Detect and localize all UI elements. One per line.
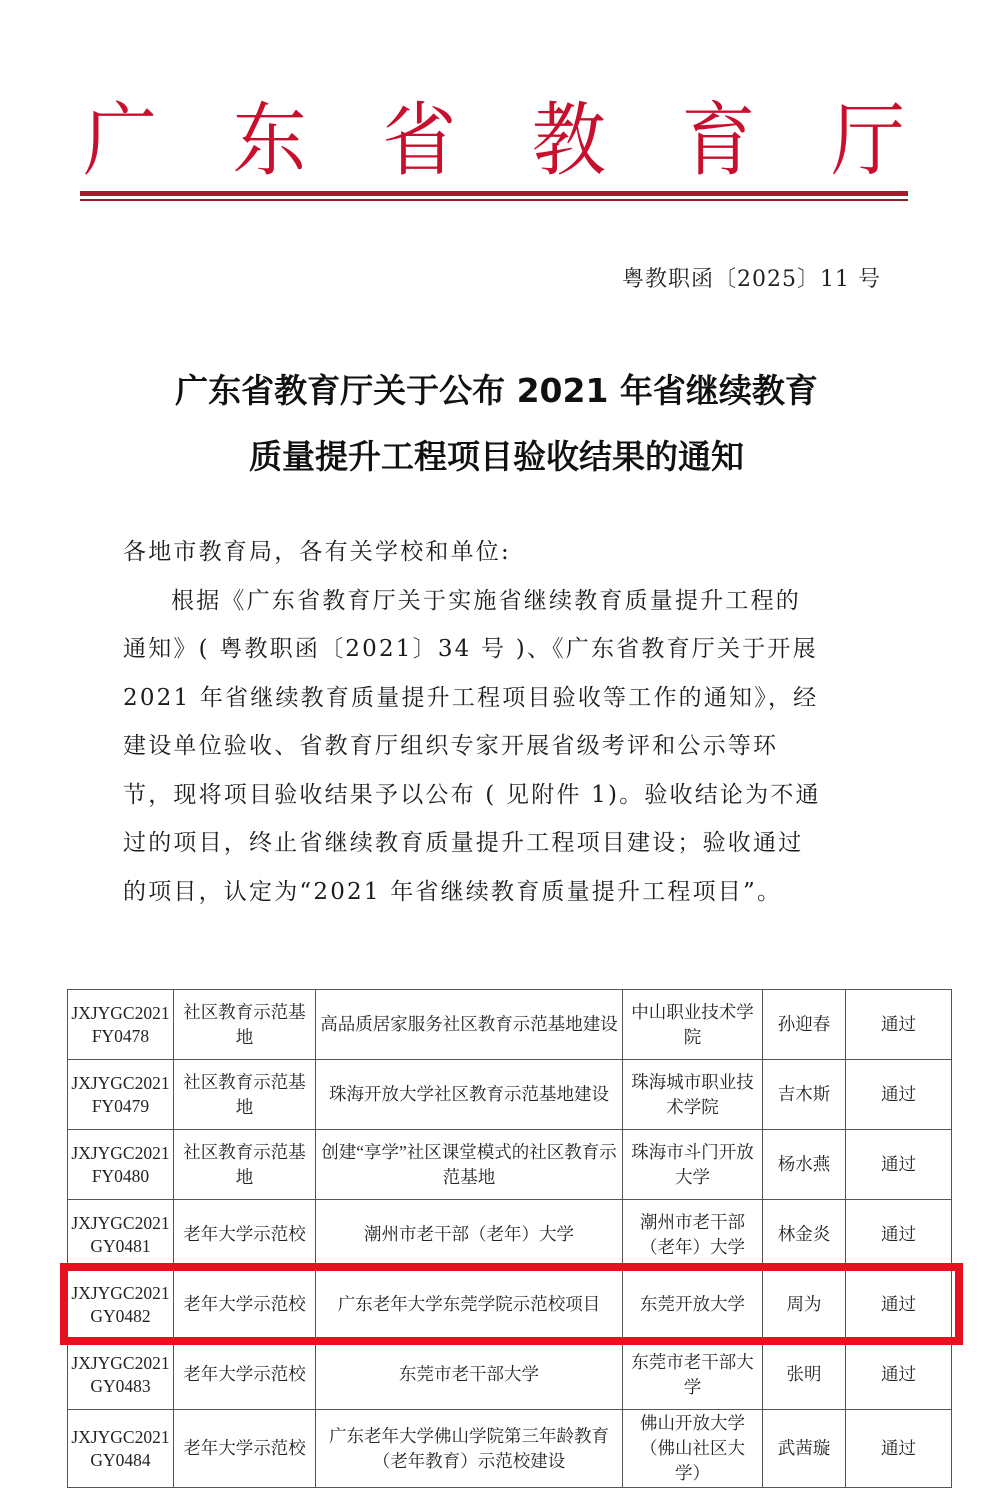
table-row: JXJYGC2021FY0480 社区教育示范基地 创建“享学”社区课堂模式的社… bbox=[68, 1130, 952, 1200]
project-name: 潮州市老干部（老年）大学 bbox=[316, 1200, 623, 1270]
project-unit: 潮州市老干部（老年）大学 bbox=[623, 1200, 763, 1270]
paragraph-line: 的项目，认定为“2021 年省继续教育质量提升工程项目”。 bbox=[123, 868, 883, 917]
project-code: JXJYGC2021GY0483 bbox=[68, 1340, 174, 1410]
project-category: 社区教育示范基地 bbox=[174, 1130, 316, 1200]
masthead-char: 厅 bbox=[828, 92, 908, 189]
project-leader: 吉木斯 bbox=[763, 1060, 846, 1130]
acceptance-result: 通过 bbox=[846, 1270, 952, 1340]
project-unit: 珠海市斗门开放大学 bbox=[623, 1130, 763, 1200]
project-name: 高品质居家服务社区教育示范基地建设 bbox=[316, 990, 623, 1060]
project-leader: 张明 bbox=[763, 1340, 846, 1410]
project-leader: 林金炎 bbox=[763, 1200, 846, 1270]
table-row: JXJYGC2021GY0484 老年大学示范校 广东老年大学佛山学院第三年龄教… bbox=[68, 1410, 952, 1488]
acceptance-result: 通过 bbox=[846, 1340, 952, 1410]
project-leader: 武茜璇 bbox=[763, 1410, 846, 1488]
paragraph-line: 建设单位验收、省教育厅组织专家开展省级考评和公示等环 bbox=[123, 722, 883, 771]
masthead-title: 广 东 省 教 育 厅 bbox=[80, 96, 908, 186]
project-category: 老年大学示范校 bbox=[174, 1270, 316, 1340]
project-name: 广东老年大学佛山学院第三年龄教育（老年教育）示范校建设 bbox=[316, 1410, 623, 1488]
paragraph-line: 节，现将项目验收结果予以公布 ( 见附件 1)。验收结论为不通 bbox=[123, 771, 883, 820]
table-row: JXJYGC2021GY0483 老年大学示范校 东莞市老干部大学 东莞市老干部… bbox=[68, 1340, 952, 1410]
paragraph-line: 根据《广东省教育厅关于实施省继续教育质量提升工程的 bbox=[123, 577, 883, 626]
paragraph-line: 2021 年省继续教育质量提升工程项目验收等工作的通知》，经 bbox=[123, 674, 883, 723]
acceptance-result: 通过 bbox=[846, 1130, 952, 1200]
project-code: JXJYGC2021FY0478 bbox=[68, 990, 174, 1060]
project-code: JXJYGC2021GY0482 bbox=[68, 1270, 174, 1340]
project-category: 老年大学示范校 bbox=[174, 1410, 316, 1488]
document-body: 各地市教育局，各有关学校和单位: 根据《广东省教育厅关于实施省继续教育质量提升工… bbox=[123, 528, 883, 916]
acceptance-result: 通过 bbox=[846, 1200, 952, 1270]
project-unit: 东莞市老干部大学 bbox=[623, 1340, 763, 1410]
document-title: 广东省教育厅关于公布 2021 年省继续教育 质量提升工程项目验收结果的通知 bbox=[0, 358, 993, 490]
project-category: 老年大学示范校 bbox=[174, 1200, 316, 1270]
project-unit: 中山职业技术学院 bbox=[623, 990, 763, 1060]
table-row: JXJYGC2021GY0481 老年大学示范校 潮州市老干部（老年）大学 潮州… bbox=[68, 1200, 952, 1270]
project-leader: 杨水燕 bbox=[763, 1130, 846, 1200]
masthead-char: 省 bbox=[379, 92, 459, 189]
masthead-char: 教 bbox=[529, 92, 609, 189]
main-paragraph: 根据《广东省教育厅关于实施省继续教育质量提升工程的 通知》( 粤教职函〔2021… bbox=[123, 577, 883, 917]
masthead-char: 广 bbox=[80, 92, 160, 189]
table-row: JXJYGC2021FY0478 社区教育示范基地 高品质居家服务社区教育示范基… bbox=[68, 990, 952, 1060]
salutation: 各地市教育局，各有关学校和单位: bbox=[123, 528, 883, 577]
project-code: JXJYGC2021FY0479 bbox=[68, 1060, 174, 1130]
project-name: 创建“享学”社区课堂模式的社区教育示范基地 bbox=[316, 1130, 623, 1200]
project-unit: 佛山开放大学（佛山社区大学） bbox=[623, 1410, 763, 1488]
project-leader: 孙迎春 bbox=[763, 990, 846, 1060]
masthead-rule-thick bbox=[80, 191, 908, 196]
results-table: JXJYGC2021FY0478 社区教育示范基地 高品质居家服务社区教育示范基… bbox=[67, 989, 952, 1488]
project-code: JXJYGC2021GY0481 bbox=[68, 1200, 174, 1270]
table-row: JXJYGC2021FY0479 社区教育示范基地 珠海开放大学社区教育示范基地… bbox=[68, 1060, 952, 1130]
acceptance-result: 通过 bbox=[846, 1410, 952, 1488]
document-number: 粤教职函〔2025〕11 号 bbox=[622, 262, 881, 293]
project-unit: 珠海城市职业技术学院 bbox=[623, 1060, 763, 1130]
project-code: JXJYGC2021GY0484 bbox=[68, 1410, 174, 1488]
project-category: 老年大学示范校 bbox=[174, 1340, 316, 1410]
project-leader: 周为 bbox=[763, 1270, 846, 1340]
project-name: 广东老年大学东莞学院示范校项目 bbox=[316, 1270, 623, 1340]
table-row-highlighted: JXJYGC2021GY0482 老年大学示范校 广东老年大学东莞学院示范校项目… bbox=[68, 1270, 952, 1340]
title-line-1: 广东省教育厅关于公布 2021 年省继续教育 bbox=[0, 358, 993, 424]
masthead-rule-thin bbox=[80, 199, 908, 201]
masthead-char: 东 bbox=[230, 92, 310, 189]
acceptance-result: 通过 bbox=[846, 1060, 952, 1130]
project-name: 东莞市老干部大学 bbox=[316, 1340, 623, 1410]
project-code: JXJYGC2021FY0480 bbox=[68, 1130, 174, 1200]
project-category: 社区教育示范基地 bbox=[174, 990, 316, 1060]
project-category: 社区教育示范基地 bbox=[174, 1060, 316, 1130]
acceptance-result: 通过 bbox=[846, 990, 952, 1060]
project-unit: 东莞开放大学 bbox=[623, 1270, 763, 1340]
paragraph-line: 过的项目，终止省继续教育质量提升工程项目建设；验收通过 bbox=[123, 819, 883, 868]
masthead-char: 育 bbox=[678, 92, 758, 189]
project-name: 珠海开放大学社区教育示范基地建设 bbox=[316, 1060, 623, 1130]
paragraph-line: 通知》( 粤教职函〔2021〕34 号 )、《广东省教育厅关于开展 bbox=[123, 625, 883, 674]
title-line-2: 质量提升工程项目验收结果的通知 bbox=[0, 424, 993, 490]
